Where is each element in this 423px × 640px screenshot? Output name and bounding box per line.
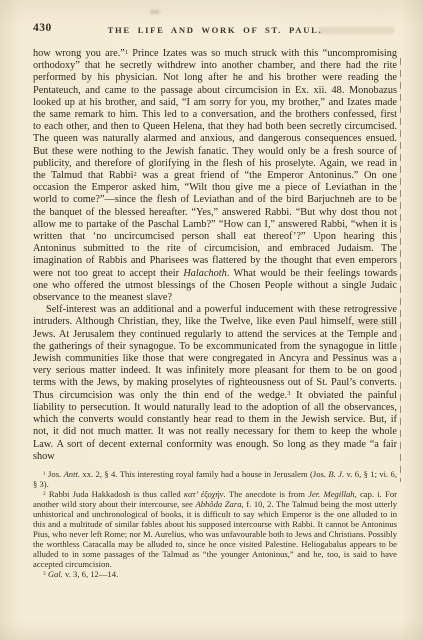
footnote: 1 Jos. Antt. xx. 2, § 4. This interestin…: [33, 469, 397, 489]
footnote: 2 Rabbi Juda Hakkadosh is thus called κα…: [33, 489, 397, 569]
body-paragraph: Self-interest was an additional and a po…: [33, 304, 397, 463]
scan-smudge: [318, 27, 394, 34]
scan-smudge: [355, 320, 397, 327]
footnote: 3 Gal. v. 3, 6, 12—14.: [33, 569, 397, 579]
page-header: 430 THE LIFE AND WORK OF ST. PAUL.: [0, 0, 423, 40]
page-body: how wrong you are.”1 Prince Izates was s…: [0, 40, 423, 463]
body-paragraph: how wrong you are.”1 Prince Izates was s…: [33, 48, 397, 304]
footnotes-section: 1 Jos. Antt. xx. 2, § 4. This interestin…: [0, 463, 423, 579]
scan-artifact-line: [400, 58, 401, 482]
book-page: 430 THE LIFE AND WORK OF ST. PAUL. how w…: [0, 0, 423, 640]
scan-smudge: [150, 10, 160, 14]
